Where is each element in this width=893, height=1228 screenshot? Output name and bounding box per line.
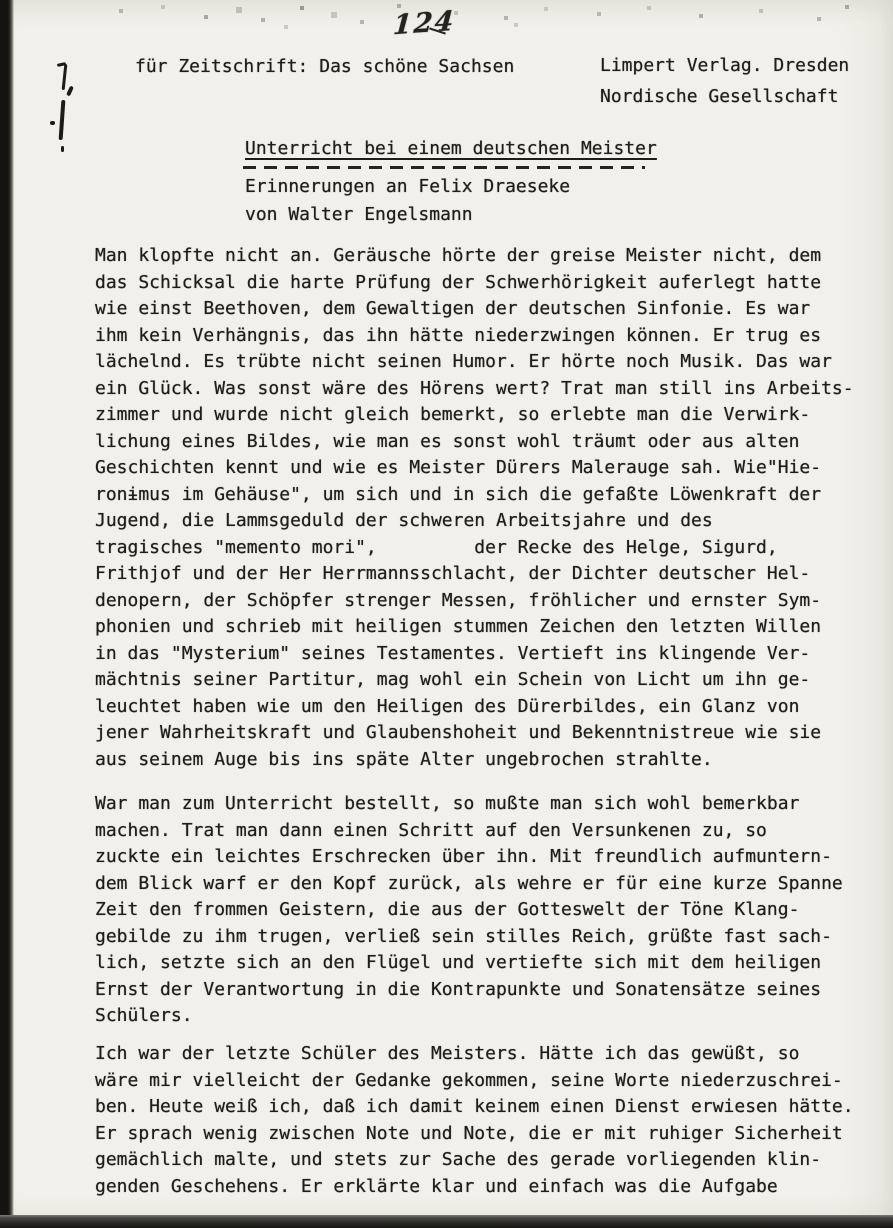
text-line: zimmer und wurde nicht gleich bemerkt, s… bbox=[95, 402, 854, 429]
publisher-line-2: Nordische Gesellschaft bbox=[600, 84, 838, 110]
text-line: mächtnis seiner Partitur, mag wohl ein S… bbox=[95, 667, 854, 694]
text-line: Er sprach wenig zwischen Note und Note, … bbox=[95, 1121, 854, 1148]
text-line: machen. Trat man dann einen Schritt auf … bbox=[95, 818, 843, 845]
handwritten-page-number: 124 bbox=[392, 6, 456, 42]
text-line: ihm kein Verhängnis, das ihn hätte niede… bbox=[95, 323, 854, 350]
text-line: Ich war der letzte Schüler des Meisters.… bbox=[95, 1041, 854, 1068]
text-line: gemächlich malte, und stets zur Sache de… bbox=[95, 1147, 854, 1174]
text-line: ein Glück. Was sonst wäre des Hörens wer… bbox=[95, 376, 854, 403]
margin-pen-mark-2b bbox=[50, 121, 55, 125]
text-line: denopern, der Schöpfer strenger Messen, … bbox=[95, 588, 854, 615]
text-line: ben. Heute weiß ich, daß ich damit keine… bbox=[95, 1094, 854, 1121]
paragraph-2: War man zum Unterricht bestellt, so mußt… bbox=[95, 791, 843, 1030]
subtitle-line-2: von Walter Engelsmann bbox=[245, 202, 473, 228]
paragraph-1: Man klopfte nicht an. Geräusche hörte de… bbox=[95, 243, 854, 773]
text-line: in das "Mysterium" seines Testamentes. V… bbox=[95, 641, 854, 668]
text-line: ronɨmus im Gehäuse", um sich und in sich… bbox=[95, 482, 854, 509]
text-line: Schülers. bbox=[95, 1003, 843, 1030]
scan-edge-left bbox=[0, 0, 14, 1228]
text-line: jener Wahrheitskraft und Glaubenshoheit … bbox=[95, 720, 854, 747]
text-line: lächelnd. Es trübte nicht seinen Humor. … bbox=[95, 349, 854, 376]
text-line: lich, setzte sich an den Flügel und vert… bbox=[95, 950, 843, 977]
text-line: tragisches "memento mori", der Recke des… bbox=[95, 535, 854, 562]
subtitle-line-1: Erinnerungen an Felix Draeseke bbox=[245, 174, 570, 200]
text-line: das Schicksal die harte Prüfung der Schw… bbox=[95, 270, 854, 297]
text-line: genden Geschehens. Er erklärte klar und … bbox=[95, 1174, 854, 1201]
text-line: wäre mir vielleicht der Gedanke gekommen… bbox=[95, 1068, 854, 1095]
text-line: wie einst Beethoven, dem Gewaltigen der … bbox=[95, 296, 854, 323]
margin-pen-mark-1 bbox=[62, 64, 68, 90]
text-line: War man zum Unterricht bestellt, so mußt… bbox=[95, 791, 843, 818]
text-line: Frithjof und der Her Herrmannsschlacht, … bbox=[95, 561, 854, 588]
text-line: dem Blick warf er den Kopf zurück, als w… bbox=[95, 871, 843, 898]
text-line: Jugend, die Lammsgeduld der schweren Arb… bbox=[95, 508, 854, 535]
text-line: zuckte ein leichtes Erschrecken über ihn… bbox=[95, 844, 843, 871]
margin-pen-mark-2c bbox=[61, 146, 64, 152]
margin-pen-mark-1c bbox=[66, 86, 74, 97]
text-line: leuchtet haben wie um den Heiligen des D… bbox=[95, 694, 854, 721]
scanned-document-page: 124 für Zeitschrift: Das schöne Sachsen … bbox=[0, 0, 893, 1228]
text-line: lichung eines Bildes, wie man es sonst w… bbox=[95, 429, 854, 456]
text-line: Ernst der Verantwortung in die Kontrapun… bbox=[95, 977, 843, 1004]
scan-edge-bottom bbox=[0, 1215, 893, 1228]
text-line: aus seinem Auge bis ins späte Alter unge… bbox=[95, 747, 854, 774]
text-line: Zeit den frommen Geistern, die aus der G… bbox=[95, 897, 843, 924]
paragraph-3: Ich war der letzte Schüler des Meisters.… bbox=[95, 1041, 854, 1200]
text-line: phonien und schrieb mit heiligen stummen… bbox=[95, 614, 854, 641]
text-line: gebilde zu ihm trugen, verließ sein stil… bbox=[95, 924, 843, 951]
margin-pen-mark-2 bbox=[59, 100, 66, 140]
text-line: Geschichten kennt und wie es Meister Dür… bbox=[95, 455, 854, 482]
publisher-line-1: Limpert Verlag. Dresden bbox=[600, 53, 849, 79]
title-dashed-underline bbox=[243, 166, 645, 169]
text-line: Man klopfte nicht an. Geräusche hörte de… bbox=[95, 243, 854, 270]
article-title: Unterricht bei einem deutschen Meister bbox=[245, 136, 657, 162]
header-journal-note: für Zeitschrift: Das schöne Sachsen bbox=[135, 54, 514, 80]
